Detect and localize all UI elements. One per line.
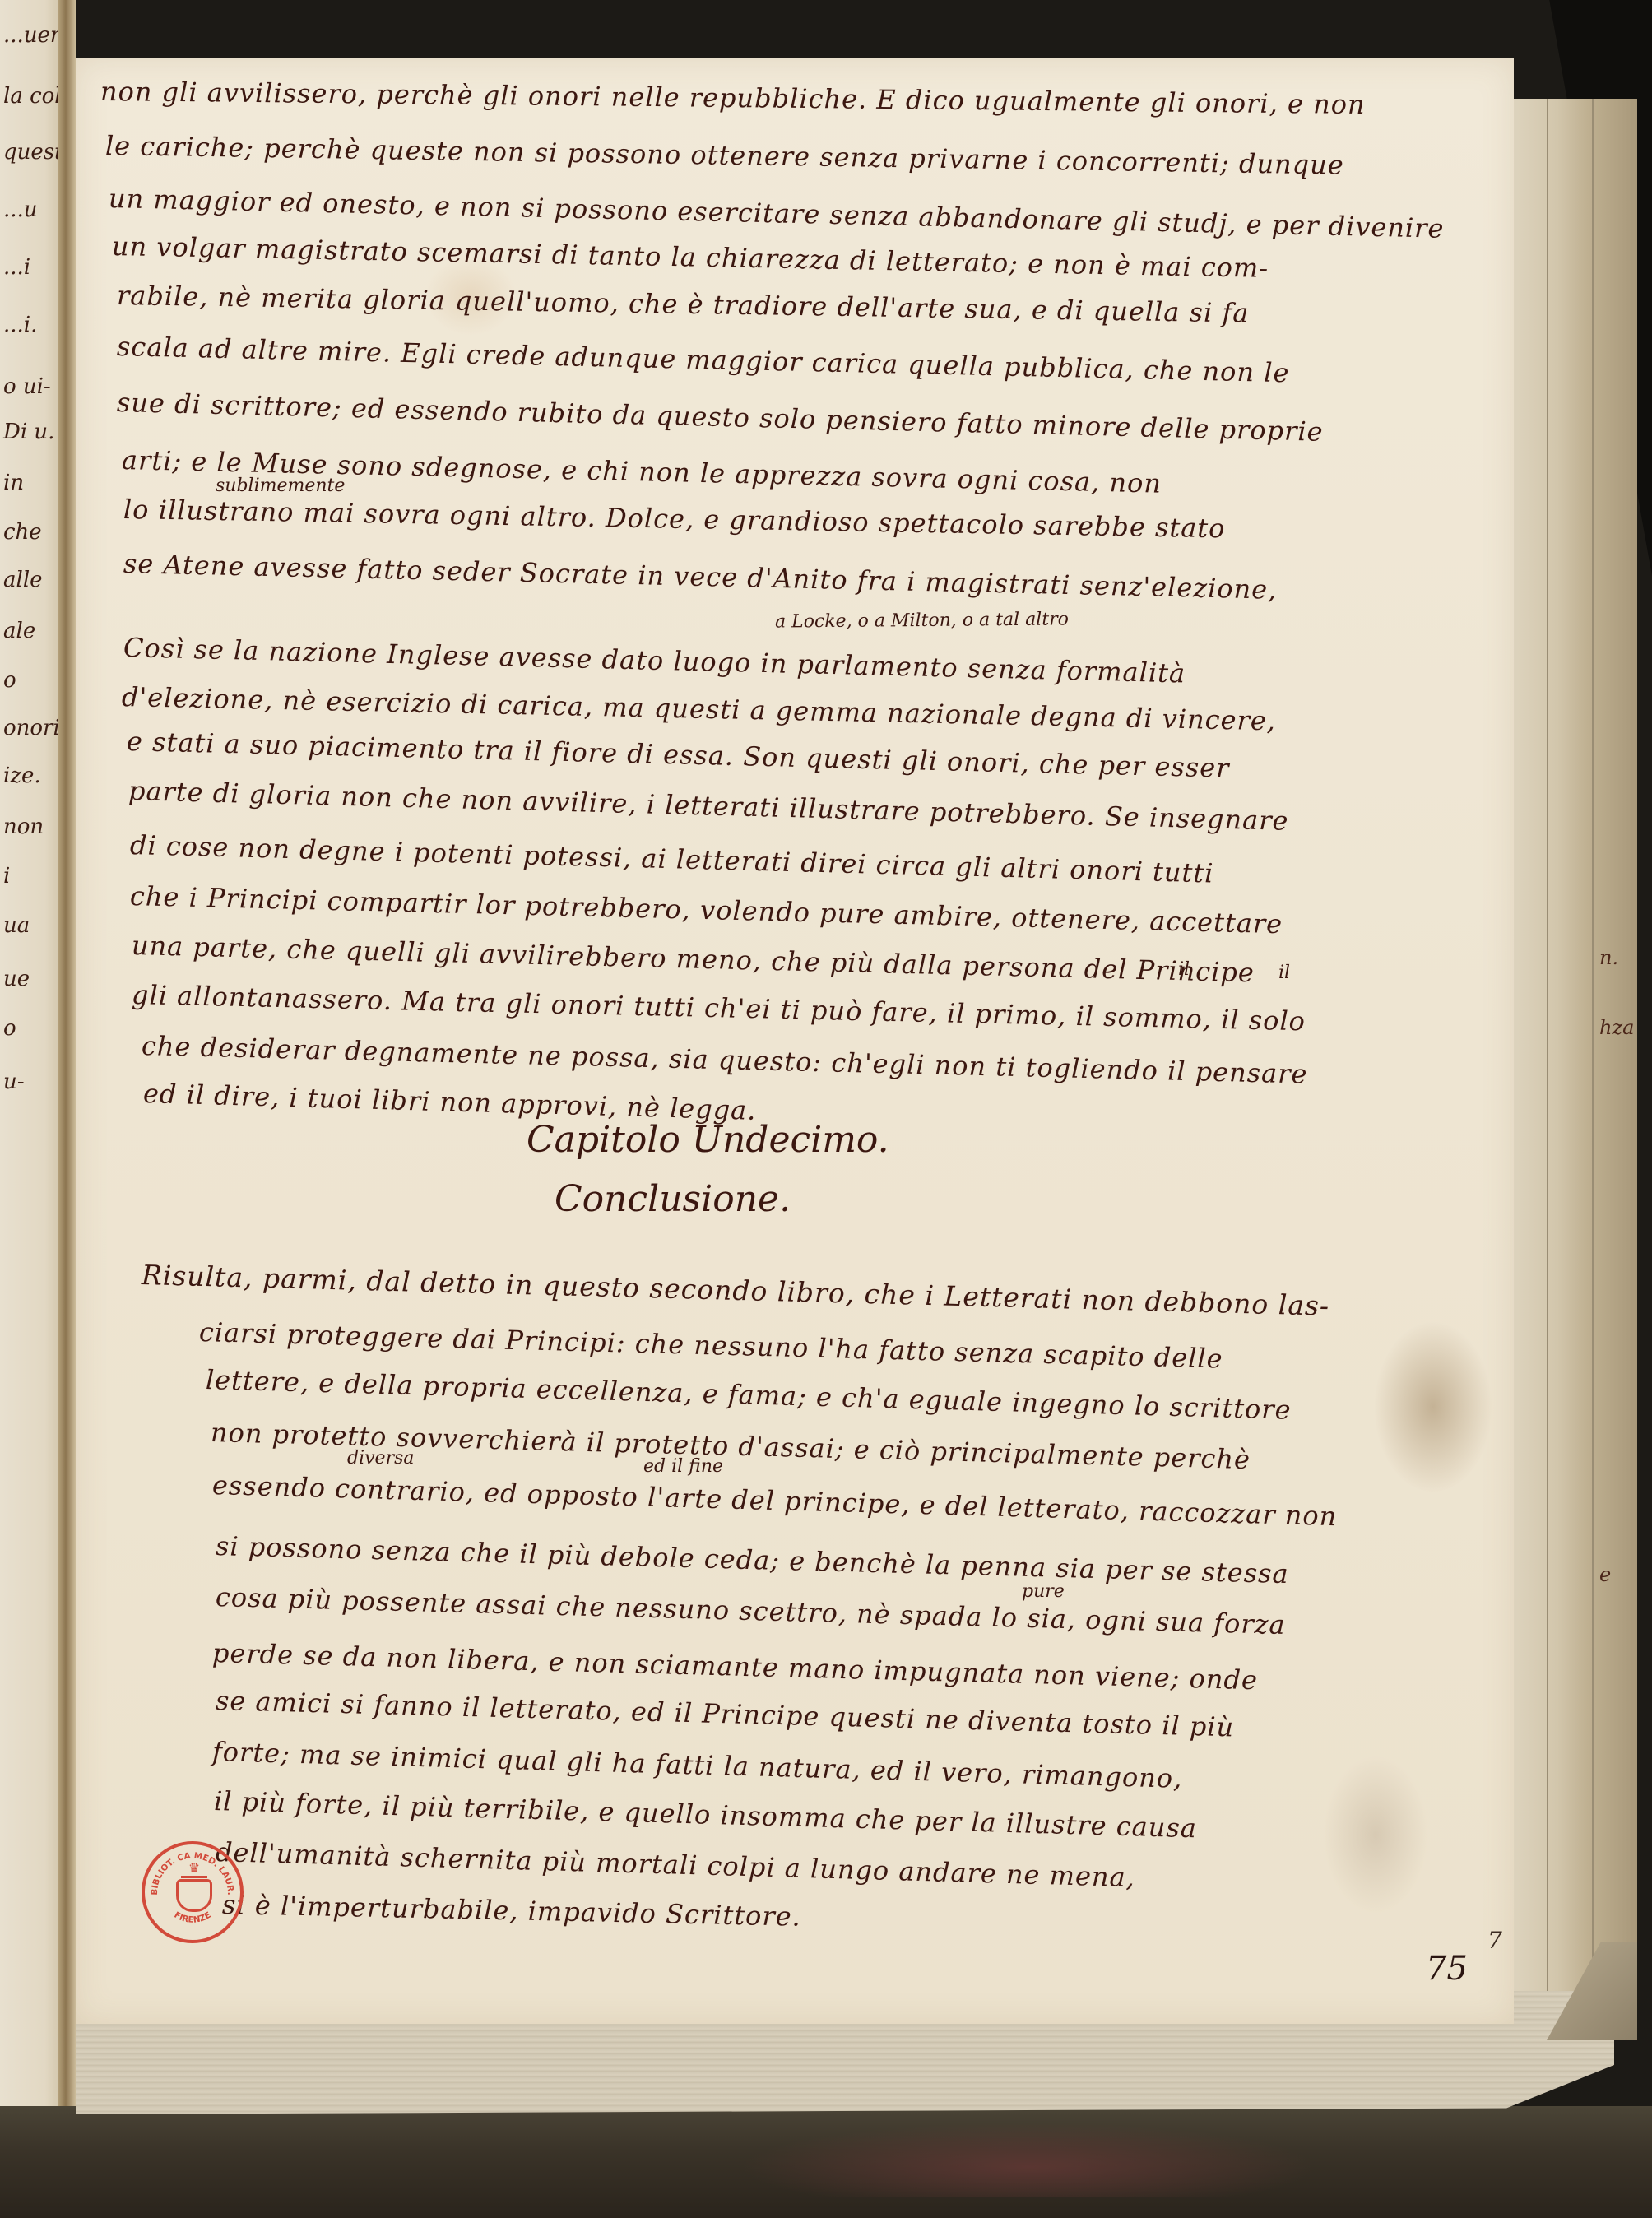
text-line: perde se da non libera, e non sciamante … <box>212 1637 1259 1696</box>
book-gutter <box>58 0 76 2106</box>
left-page-fragment: o <box>3 1016 16 1041</box>
text-line: il più forte, il più terribile, e quello… <box>213 1785 1197 1844</box>
page-edge-line <box>1592 99 1594 2016</box>
margin-fragment: n. <box>1599 946 1618 969</box>
folio-number: 75 <box>1426 1950 1468 1988</box>
text-line: cosa più possente assai che nessuno scet… <box>216 1581 1287 1640</box>
text-line: se amici si fanno il letterato, ed il Pr… <box>216 1685 1235 1742</box>
left-page-fragment: u- <box>3 1070 25 1094</box>
text-line: si possono senza che il più debole ceda;… <box>216 1530 1290 1589</box>
left-page-fragment: alle <box>3 568 43 592</box>
text-line: dell'umanità schernita più mortali colpi… <box>215 1836 1135 1893</box>
manuscript-page: non gli avvilissero, perchè gli onori ne… <box>76 58 1514 2024</box>
underlying-folio-number: 7 <box>1487 1927 1502 1954</box>
left-page-fragment: o <box>3 668 16 693</box>
text-line: Risulta, parmi, dal detto in questo seco… <box>141 1259 1329 1322</box>
page-edge-line <box>1547 99 1548 2016</box>
left-page-fragment: in <box>3 471 24 495</box>
left-page-fragment: ua <box>3 913 30 938</box>
crest-icon <box>176 1879 212 1912</box>
left-page-fragment: onori <box>3 716 60 740</box>
text-line: scala ad altre mire. Egli crede adunque … <box>117 331 1290 388</box>
library-stamp: BIBLIOT. CA MED. LAUR. FIRENZE ♛ <box>142 1841 244 1943</box>
text-line: gli allontanassero. Ma tra gli onori tut… <box>132 979 1306 1037</box>
text-line: di cose non degne i potenti potessi, ai … <box>130 829 1214 889</box>
margin-fragment: e <box>1599 1563 1611 1586</box>
text-line: parte di gloria non che non avvilire, i … <box>128 775 1289 837</box>
text-line: rabile, nè merita gloria quell'uomo, che… <box>117 280 1250 329</box>
svg-text:FIRENZE: FIRENZE <box>172 1910 212 1925</box>
text-line: Così se la nazione Inglese avesse dato l… <box>123 632 1186 689</box>
interlinear-insertion: il <box>1278 963 1290 983</box>
left-page-fragment: che <box>3 520 42 545</box>
left-page-fragment: ...i. <box>3 313 37 337</box>
interlinear-insertion: sublimemente <box>216 476 345 496</box>
interlinear-insertion: a Locke, o a Milton, o a tal altro <box>775 609 1069 632</box>
text-line: si è l'imperturbabile, impavido Scrittor… <box>222 1889 802 1933</box>
chapter-subtitle: Conclusione. <box>555 1178 791 1220</box>
chapter-title: Capitolo Undecimo. <box>527 1119 889 1161</box>
text-line: una parte, che quelli gli avvilirebbero … <box>132 930 1255 988</box>
text-line: lo illustrano mai sovra ogni altro. Dolc… <box>123 494 1226 544</box>
interlinear-insertion: pure <box>1022 1581 1065 1602</box>
interlinear-insertion: ed il fine <box>643 1456 723 1477</box>
text-line: ciarsi proteggere dai Principi: che ness… <box>199 1316 1224 1375</box>
text-line: le cariche; perchè queste non si possono… <box>105 130 1344 181</box>
left-facing-page: ...uenica la cola questi ...u ...i ...i.… <box>0 0 64 2106</box>
book-cover-bottom <box>0 2106 1652 2218</box>
left-page-fragment: o ui- <box>3 374 51 399</box>
left-page-fragment: ...u <box>3 197 38 222</box>
text-line: un volgar magistrato scemarsi di tanto l… <box>112 230 1269 284</box>
left-page-fragment: ale <box>3 619 35 643</box>
text-line: se Atene avesse fatto seder Socrate in v… <box>123 548 1278 606</box>
left-page-fragment: ...uenica <box>3 23 64 48</box>
left-page-fragment: i <box>3 864 10 889</box>
margin-fragment: hza <box>1599 1016 1634 1039</box>
crown-icon: ♛ <box>181 1863 207 1878</box>
text-line: lettere, e della propria eccellenza, e f… <box>205 1364 1292 1426</box>
text-line: e stati a suo piacimento tra il fiore di… <box>127 726 1230 784</box>
left-page-fragment: questi <box>3 140 64 165</box>
left-page-fragment: non <box>3 814 44 839</box>
interlinear-insertion: il <box>1178 959 1190 980</box>
page-stack-right-edge: n. hza e <box>1514 99 1637 2016</box>
left-page-fragment: ue <box>3 967 30 991</box>
left-page-fragment: ize. <box>3 763 41 788</box>
text-line: che i Principi compartir lor potrebbero,… <box>130 880 1283 940</box>
left-page-fragment: ...i <box>3 255 30 280</box>
text-line: che desiderar degnamente ne possa, sia q… <box>142 1030 1308 1090</box>
text-line: non gli avvilissero, perchè gli onori ne… <box>100 76 1366 120</box>
text-line: d'elezione, nè esercizio di carica, ma q… <box>122 681 1277 736</box>
interlinear-insertion: diversa <box>347 1448 415 1469</box>
left-page-fragment: Di u. <box>3 420 54 444</box>
text-line: essendo contrario, ed opposto l'arte del… <box>211 1469 1337 1532</box>
marbled-paper <box>740 2123 1316 2197</box>
text-line: sue di scrittore; ed essendo rubito da q… <box>117 387 1324 448</box>
text-line: forte; ma se inimici qual gli ha fatti l… <box>211 1736 1182 1794</box>
left-page-fragment: la cola <box>3 84 64 109</box>
